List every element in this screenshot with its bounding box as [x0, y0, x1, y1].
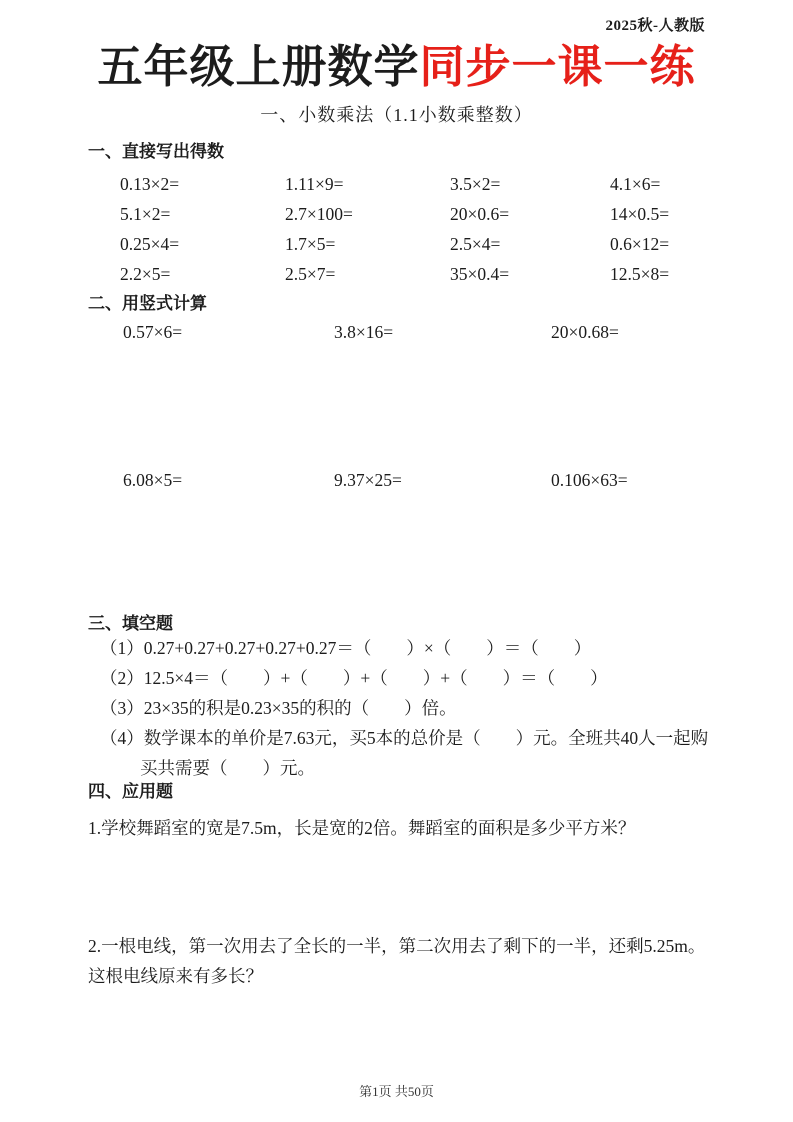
oral-problem: 14×0.5=	[610, 199, 705, 229]
page-title: 五年级上册数学同步一课一练	[88, 41, 705, 93]
oral-problem: 4.1×6=	[610, 169, 705, 199]
lesson-subtitle: 一、小数乘法（1.1小数乘整数）	[88, 101, 705, 127]
section-2-heading: 二、用竖式计算	[88, 295, 705, 313]
word-problem-2-line-1: 2.一根电线，第一次用去了全长的一半，第二次用去了剩下的一半，还剩5.25m。	[88, 931, 705, 961]
edition-label: 2025秋-人教版	[88, 0, 705, 35]
section-3-heading: 三、填空题	[88, 615, 705, 633]
vertical-problem: 20×0.68=	[551, 323, 705, 341]
vertical-problem: 0.106×63=	[551, 471, 705, 489]
vertical-problem: 9.37×25=	[334, 471, 551, 489]
page-title-red: 同步一课一练	[420, 41, 696, 92]
oral-problem: 2.7×100=	[285, 199, 450, 229]
word-problem-1: 1.学校舞蹈室的宽是7.5m，长是宽的2倍。舞蹈室的面积是多少平方米？	[88, 813, 705, 843]
blank-item-2: （2）12.5×4＝（ ）+（ ）+（ ）+（ ）＝（ ）	[88, 663, 705, 693]
word-problem-2-line-2: 这根电线原来有多长？	[88, 961, 705, 991]
oral-problem: 2.5×7=	[285, 259, 450, 289]
section-4-heading: 四、应用题	[88, 783, 705, 801]
vertical-problem: 3.8×16=	[334, 323, 551, 341]
oral-problem: 2.5×4=	[450, 229, 610, 259]
oral-problem: 0.25×4=	[120, 229, 285, 259]
oral-problem: 5.1×2=	[120, 199, 285, 229]
vertical-problem: 6.08×5=	[123, 471, 334, 489]
blank-item-1: （1）0.27+0.27+0.27+0.27+0.27＝（ ）×（ ）＝（ ）	[88, 633, 705, 663]
vertical-problems-row-1: 0.57×6= 3.8×16= 20×0.68=	[88, 323, 705, 341]
oral-problem: 0.6×12=	[610, 229, 705, 259]
vertical-problem: 0.57×6=	[123, 323, 334, 341]
oral-problem: 35×0.4=	[450, 259, 610, 289]
blank-item-4-continuation: 买共需要（ ）元。	[88, 753, 705, 783]
oral-problem: 20×0.6=	[450, 199, 610, 229]
oral-problem: 1.11×9=	[285, 169, 450, 199]
vertical-problems-row-2: 6.08×5= 9.37×25= 0.106×63=	[88, 471, 705, 489]
oral-problem: 12.5×8=	[610, 259, 705, 289]
oral-problem: 1.7×5=	[285, 229, 450, 259]
oral-problem: 0.13×2=	[120, 169, 285, 199]
blank-item-4: （4）数学课本的单价是7.63元，买5本的总价是（ ）元。全班共40人一起购	[88, 723, 705, 753]
oral-problem: 3.5×2=	[450, 169, 610, 199]
page-title-black: 五年级上册数学	[97, 41, 419, 92]
section-1-heading: 一、直接写出得数	[88, 143, 705, 161]
blank-item-3: （3）23×35的积是0.23×35的积的（ ）倍。	[88, 693, 705, 723]
oral-problem: 2.2×5=	[120, 259, 285, 289]
worksheet-page: 2025秋-人教版 五年级上册数学同步一课一练 一、小数乘法（1.1小数乘整数）…	[0, 0, 793, 1122]
page-number: 第1页 共50页	[0, 1081, 793, 1100]
oral-problems-grid: 0.13×2= 1.11×9= 3.5×2= 4.1×6= 5.1×2= 2.7…	[88, 169, 705, 289]
